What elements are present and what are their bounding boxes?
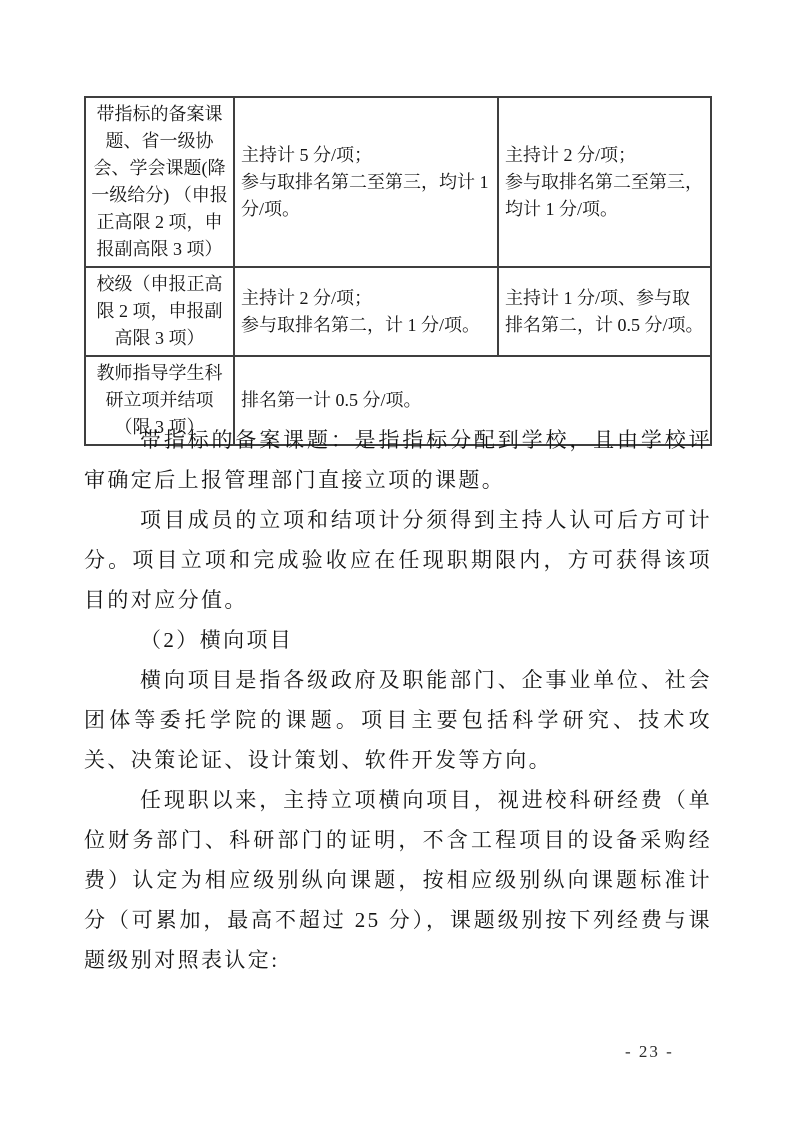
category-cell: 带指标的备案课题、省一级协会、学会课题(降一级给分) （申报正高限 2 项，申报… xyxy=(85,97,234,267)
table-row: 校级（申报正高限 2 项，申报副高限 3 项） 主持计 2 分/项； 参与取排名… xyxy=(85,267,711,356)
senior-score-cell: 主持计 2 分/项； 参与取排名第二，计 1 分/项。 xyxy=(234,267,498,356)
paragraph-member-scoring: 项目成员的立项和结项计分须得到主持人认可后方可计分。项目立项和完成验收应在任现职… xyxy=(84,500,712,620)
body-text-section: 带指标的备案课题：是指指标分配到学校，且由学校评审确定后上报管理部门直接立项的课… xyxy=(84,420,712,980)
table-row: 带指标的备案课题、省一级协会、学会课题(降一级给分) （申报正高限 2 项，申报… xyxy=(85,97,711,267)
senior-score-cell: 主持计 5 分/项； 参与取排名第二至第三，均计 1 分/项。 xyxy=(234,97,498,267)
paragraph-funding-rules: 任现职以来，主持立项横向项目，视进校科研经费（单位财务部门、科研部门的证明，不含… xyxy=(84,780,712,980)
paragraph-definition: 带指标的备案课题：是指指标分配到学校，且由学校评审确定后上报管理部门直接立项的课… xyxy=(84,420,712,500)
project-scoring-table: 带指标的备案课题、省一级协会、学会课题(降一级给分) （申报正高限 2 项，申报… xyxy=(84,96,712,446)
document-page: 带指标的备案课题、省一级协会、学会课题(降一级给分) （申报正高限 2 项，申报… xyxy=(0,0,793,1122)
deputy-score-cell: 主持计 1 分/项、参与取排名第二，计 0.5 分/项。 xyxy=(498,267,711,356)
paragraph-heading-horizontal-projects: （2）横向项目 xyxy=(84,620,712,660)
paragraph-horizontal-definition: 横向项目是指各级政府及职能部门、企事业单位、社会团体等委托学院的课题。项目主要包… xyxy=(84,660,712,780)
page-number: - 23 - xyxy=(625,1042,674,1062)
deputy-score-cell: 主持计 2 分/项； 参与取排名第二至第三，均计 1 分/项。 xyxy=(498,97,711,267)
category-cell: 校级（申报正高限 2 项，申报副高限 3 项） xyxy=(85,267,234,356)
